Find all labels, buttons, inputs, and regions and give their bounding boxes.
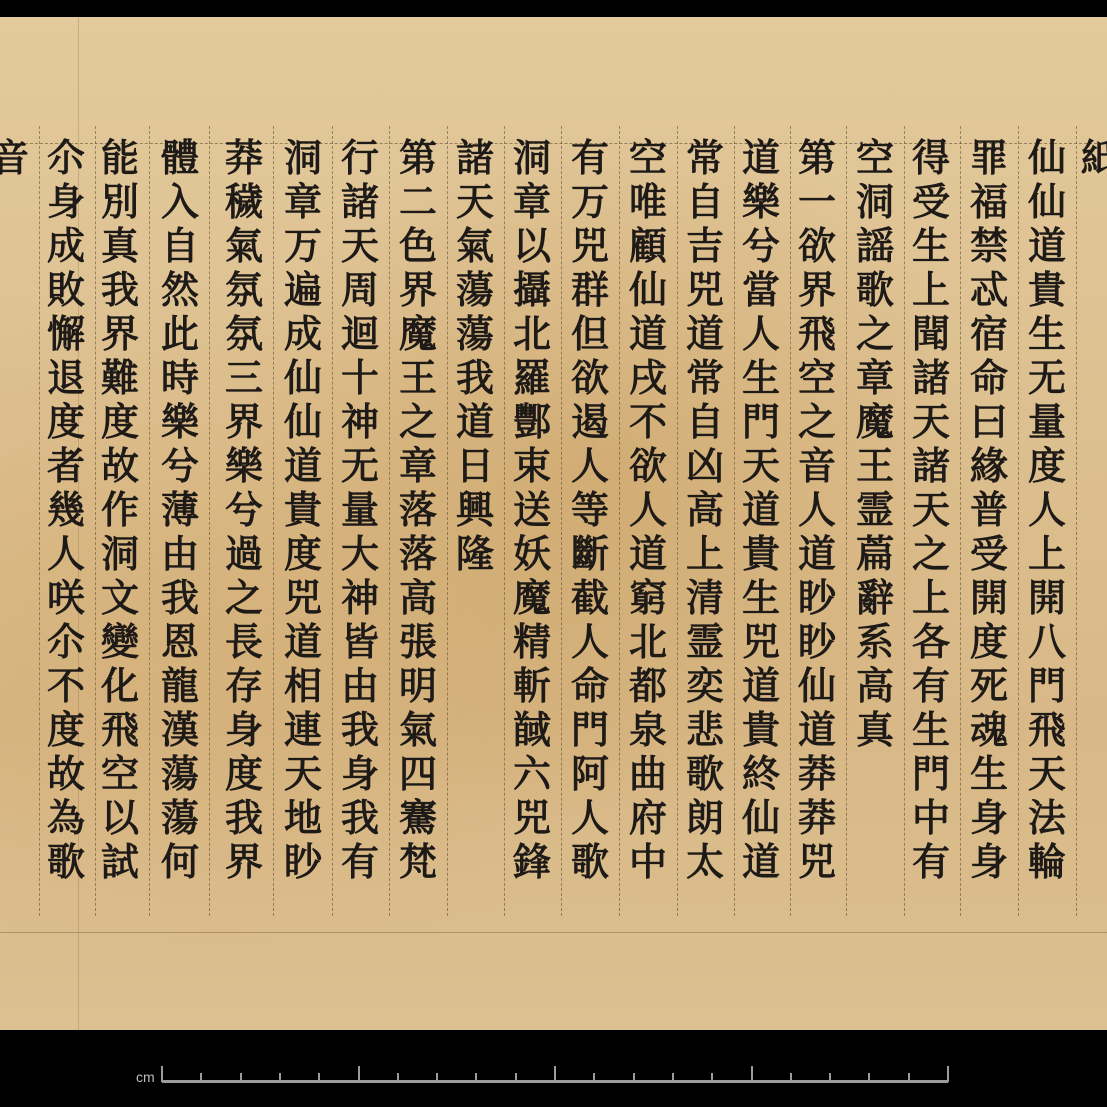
character: 此 — [151, 312, 209, 356]
character: 度 — [37, 400, 95, 444]
character: 歌 — [676, 752, 734, 796]
character: 洞 — [91, 532, 149, 576]
character: 不 — [619, 400, 677, 444]
character: 死 — [960, 664, 1018, 708]
character: 天 — [331, 224, 389, 268]
character: 化 — [91, 664, 149, 708]
character: 曰 — [960, 400, 1018, 444]
character: 者 — [37, 444, 95, 488]
character: 樂 — [151, 400, 209, 444]
character: 命 — [561, 664, 619, 708]
character: 道 — [732, 488, 790, 532]
character: 莽 — [788, 796, 846, 840]
character: 文 — [91, 576, 149, 620]
character: 地 — [274, 796, 332, 840]
character: 氛 — [215, 312, 273, 356]
character: 明 — [389, 664, 447, 708]
character: 相 — [274, 664, 332, 708]
character: 度 — [274, 532, 332, 576]
minor-tick — [829, 1073, 831, 1082]
character: 辭 — [846, 576, 904, 620]
character: 我 — [331, 796, 389, 840]
character: 各 — [902, 620, 960, 664]
character: 遍 — [274, 268, 332, 312]
character: 連 — [274, 708, 332, 752]
character: 騫 — [389, 796, 447, 840]
character: 法 — [1018, 796, 1076, 840]
character: 万 — [561, 180, 619, 224]
character: 忒 — [960, 268, 1018, 312]
character: 系 — [846, 620, 904, 664]
character: 道 — [676, 312, 734, 356]
character: 恩 — [151, 620, 209, 664]
minor-tick — [593, 1073, 595, 1082]
character: 歌 — [561, 840, 619, 884]
character: 量 — [1018, 400, 1076, 444]
character: 度 — [1018, 444, 1076, 488]
character: 兕 — [676, 268, 734, 312]
column-ruling — [39, 126, 40, 916]
character: 能 — [91, 136, 149, 180]
character: 色 — [389, 224, 447, 268]
character: 妖 — [503, 532, 561, 576]
character: 阿 — [561, 752, 619, 796]
minor-tick — [868, 1073, 870, 1082]
character: 我 — [151, 576, 209, 620]
character: 章 — [389, 444, 447, 488]
character: 音 — [788, 444, 846, 488]
text-column: 尒身成敗懈退度者幾人咲尒不度故為歌 — [37, 136, 95, 884]
character: 開 — [960, 576, 1018, 620]
character: 窮 — [619, 576, 677, 620]
column-ruling — [561, 126, 562, 916]
character: 福 — [960, 180, 1018, 224]
character: 難 — [91, 356, 149, 400]
character: 身 — [960, 840, 1018, 884]
character: 兮 — [215, 488, 273, 532]
character: 成 — [274, 312, 332, 356]
minor-tick — [397, 1073, 399, 1082]
minor-tick — [790, 1073, 792, 1082]
character: 道 — [788, 708, 846, 752]
character: 生 — [732, 576, 790, 620]
character: 眇 — [788, 620, 846, 664]
character: 馘 — [503, 708, 561, 752]
character: 氛 — [215, 268, 273, 312]
scale-bar-unit: cm — [136, 1069, 155, 1085]
character: 我 — [331, 708, 389, 752]
text-column: 有万兕群但欲遏人等斷截人命門阿人歌 — [561, 136, 619, 884]
character: 遏 — [561, 400, 619, 444]
character: 迴 — [331, 312, 389, 356]
character: 群 — [561, 268, 619, 312]
column-ruling — [1076, 126, 1077, 916]
character: 空 — [788, 356, 846, 400]
character: 戌 — [619, 356, 677, 400]
character: 常 — [676, 136, 734, 180]
character: 存 — [215, 664, 273, 708]
character: 三 — [215, 356, 273, 400]
character: 王 — [846, 444, 904, 488]
column-ruling — [389, 126, 390, 916]
character: 章 — [274, 180, 332, 224]
character: 仙 — [274, 400, 332, 444]
character: 凶 — [676, 444, 734, 488]
character: 生 — [902, 708, 960, 752]
bottom-margin-rule — [0, 932, 1107, 933]
character: 界 — [215, 840, 273, 884]
character: 興 — [446, 488, 504, 532]
column-ruling — [149, 126, 150, 916]
character: 薄 — [151, 488, 209, 532]
text-column: 仙仙道貴生无量度人上開八門飛天法輪 — [1018, 136, 1076, 884]
character: 幾 — [37, 488, 95, 532]
character: 人 — [788, 488, 846, 532]
text-column: 道樂兮當人生門天道貴生兕道貴終仙道 — [732, 136, 790, 884]
character: 氣 — [215, 224, 273, 268]
character: 唯 — [619, 180, 677, 224]
character: 普 — [960, 488, 1018, 532]
character: 門 — [902, 752, 960, 796]
text-column: 體入自然此時樂兮薄由我恩龍漢蕩蕩何 — [151, 136, 209, 884]
character: 中 — [619, 840, 677, 884]
character: 氣 — [446, 224, 504, 268]
character: 度 — [215, 752, 273, 796]
character: 北 — [503, 312, 561, 356]
character: 但 — [561, 312, 619, 356]
character: 諸 — [446, 136, 504, 180]
character: 高 — [676, 488, 734, 532]
character: 神 — [331, 576, 389, 620]
character: 常 — [676, 356, 734, 400]
column-ruling — [846, 126, 847, 916]
character: 不 — [37, 664, 95, 708]
character: 魔 — [503, 576, 561, 620]
character: 人 — [1018, 488, 1076, 532]
character: 斬 — [503, 664, 561, 708]
character: 仙 — [788, 664, 846, 708]
character: 曲 — [619, 752, 677, 796]
character: 為 — [37, 796, 95, 840]
character: 道 — [788, 532, 846, 576]
character: 朗 — [676, 796, 734, 840]
character: 貴 — [732, 532, 790, 576]
character: 自 — [676, 180, 734, 224]
character: 天 — [902, 400, 960, 444]
character: 人 — [561, 796, 619, 840]
text-column: 第二色界魔王之章落落高張明氣四騫梵 — [389, 136, 447, 884]
character: 人 — [732, 312, 790, 356]
character: 貴 — [274, 488, 332, 532]
character: 天 — [902, 488, 960, 532]
character: 蕩 — [151, 796, 209, 840]
character: 敗 — [37, 268, 95, 312]
column-ruling — [677, 126, 678, 916]
character: 都 — [619, 664, 677, 708]
character: 兕 — [561, 224, 619, 268]
character: 別 — [91, 180, 149, 224]
character: 章 — [846, 356, 904, 400]
character: 謡 — [846, 224, 904, 268]
character: 身 — [960, 796, 1018, 840]
character: 張 — [389, 620, 447, 664]
character: 退 — [37, 356, 95, 400]
character: 隆 — [446, 532, 504, 576]
character: 終 — [732, 752, 790, 796]
character: 人 — [619, 488, 677, 532]
character: 輪 — [1018, 840, 1076, 884]
character: 身 — [215, 708, 273, 752]
column-ruling — [332, 126, 333, 916]
character: 高 — [389, 576, 447, 620]
character: 道 — [1018, 224, 1076, 268]
character: 入 — [151, 180, 209, 224]
character: 截 — [561, 576, 619, 620]
character: 天 — [1018, 752, 1076, 796]
character: 道 — [732, 664, 790, 708]
character: 生 — [732, 356, 790, 400]
character: 度 — [37, 708, 95, 752]
character: 道 — [619, 532, 677, 576]
character: 變 — [91, 620, 149, 664]
character: 兕 — [788, 840, 846, 884]
character: 萹 — [846, 532, 904, 576]
major-tick — [358, 1066, 360, 1082]
character: 自 — [676, 400, 734, 444]
character: 界 — [91, 312, 149, 356]
character: 万 — [274, 224, 332, 268]
character: 尒 — [37, 136, 95, 180]
character: 北 — [619, 620, 677, 664]
character: 蕩 — [446, 312, 504, 356]
character: 罪 — [960, 136, 1018, 180]
character: 洞 — [274, 136, 332, 180]
character: 當 — [732, 268, 790, 312]
text-column: 第一欲界飛空之音人道眇眇仙道莽莽兕 — [788, 136, 846, 884]
character: 尒 — [37, 620, 95, 664]
character: 魔 — [389, 312, 447, 356]
character: 我 — [91, 268, 149, 312]
character: 貴 — [732, 708, 790, 752]
character: 道 — [446, 400, 504, 444]
character: 諸 — [902, 444, 960, 488]
character: 府 — [619, 796, 677, 840]
character: 得 — [902, 136, 960, 180]
column-ruling — [790, 126, 791, 916]
text-column: 得受生上聞諸天諸天之上各有生門中有 — [902, 136, 960, 884]
character: 故 — [91, 444, 149, 488]
character: 生 — [902, 224, 960, 268]
character: 眇 — [274, 840, 332, 884]
minor-tick — [711, 1073, 713, 1082]
text-column: 洞章万遍成仙仙道貴度兕道相連天地眇 — [274, 136, 332, 884]
character: 四 — [389, 752, 447, 796]
character: 道 — [619, 312, 677, 356]
character: 周 — [331, 268, 389, 312]
character: 真 — [91, 224, 149, 268]
character: 顧 — [619, 224, 677, 268]
character: 諸 — [902, 356, 960, 400]
character: 樂 — [215, 444, 273, 488]
character: 皆 — [331, 620, 389, 664]
character: 界 — [389, 268, 447, 312]
character: 故 — [37, 752, 95, 796]
column-ruling — [960, 126, 961, 916]
character: 宿 — [960, 312, 1018, 356]
character: 无 — [331, 444, 389, 488]
character: 欲 — [561, 356, 619, 400]
character: 上 — [902, 268, 960, 312]
character: 洞 — [846, 180, 904, 224]
character: 穢 — [215, 180, 273, 224]
character: 門 — [561, 708, 619, 752]
character: 空 — [619, 136, 677, 180]
major-tick — [947, 1066, 949, 1082]
character: 仙 — [274, 356, 332, 400]
column-ruling — [95, 126, 96, 916]
text-column: 行諸天周迴十神无量大神皆由我身我有 — [331, 136, 389, 884]
character: 由 — [331, 664, 389, 708]
character: 眇 — [788, 576, 846, 620]
character: 有 — [902, 840, 960, 884]
character: 門 — [732, 400, 790, 444]
character: 仙 — [1018, 136, 1076, 180]
character: 歌 — [37, 840, 95, 884]
character: 空 — [846, 136, 904, 180]
character: 泉 — [619, 708, 677, 752]
character: 酆 — [503, 400, 561, 444]
character: 中 — [902, 796, 960, 840]
minor-tick — [318, 1073, 320, 1082]
character: 樂 — [732, 180, 790, 224]
character: 懈 — [37, 312, 95, 356]
major-tick — [161, 1066, 163, 1082]
character: 之 — [902, 532, 960, 576]
character: 時 — [151, 356, 209, 400]
character: 界 — [788, 268, 846, 312]
character: 我 — [446, 356, 504, 400]
column-ruling — [734, 126, 735, 916]
character: 六 — [503, 752, 561, 796]
character: 欲 — [788, 224, 846, 268]
minor-tick — [436, 1073, 438, 1082]
character: 洞 — [503, 136, 561, 180]
character: 由 — [151, 532, 209, 576]
character: 空 — [91, 752, 149, 796]
character: 氣 — [389, 708, 447, 752]
character: 生 — [960, 752, 1018, 796]
character: 蕩 — [446, 268, 504, 312]
character: 一 — [788, 180, 846, 224]
character: 道 — [732, 840, 790, 884]
character: 兕 — [732, 620, 790, 664]
character: 兮 — [151, 444, 209, 488]
character: 生 — [1018, 312, 1076, 356]
character: 開 — [1018, 576, 1076, 620]
character: 无 — [1018, 356, 1076, 400]
character: 門 — [1018, 664, 1076, 708]
character: 自 — [151, 224, 209, 268]
character: 羅 — [503, 356, 561, 400]
character: 成 — [37, 224, 95, 268]
character: 緣 — [960, 444, 1018, 488]
character: 天 — [274, 752, 332, 796]
character: 兮 — [732, 224, 790, 268]
character: 之 — [846, 312, 904, 356]
character: 清 — [676, 576, 734, 620]
minor-tick — [200, 1073, 202, 1082]
character: 蕩 — [151, 752, 209, 796]
character: 仙 — [1018, 180, 1076, 224]
character: 仙 — [732, 796, 790, 840]
minor-tick — [475, 1073, 477, 1082]
minor-tick — [515, 1073, 517, 1082]
character: 神 — [331, 400, 389, 444]
character: 受 — [960, 532, 1018, 576]
text-column: 莽穢氣氛氛三界樂兮過之長存身度我界 — [215, 136, 273, 884]
character: 兕 — [503, 796, 561, 840]
character: 受 — [902, 180, 960, 224]
character: 大 — [331, 532, 389, 576]
character: 兕 — [274, 576, 332, 620]
character: 然 — [151, 268, 209, 312]
character: 漢 — [151, 708, 209, 752]
character: 音 — [0, 136, 39, 180]
character: 飛 — [788, 312, 846, 356]
character: 咲 — [37, 576, 95, 620]
column-ruling — [619, 126, 620, 916]
character: 吉 — [676, 224, 734, 268]
character: 等 — [561, 488, 619, 532]
character: 天 — [732, 444, 790, 488]
character: 道 — [732, 136, 790, 180]
character: 以 — [503, 224, 561, 268]
character: 魂 — [960, 708, 1018, 752]
text-column: 空唯顧仙道戌不欲人道窮北都泉曲府中 — [619, 136, 677, 884]
minor-tick — [279, 1073, 281, 1082]
text-column: 諸天氣蕩蕩我道日興隆 — [446, 136, 504, 576]
character: 諸 — [331, 180, 389, 224]
minor-tick — [672, 1073, 674, 1082]
character: 章 — [503, 180, 561, 224]
character: 人 — [561, 444, 619, 488]
character: 斷 — [561, 532, 619, 576]
character: 王 — [389, 356, 447, 400]
character: 太 — [676, 840, 734, 884]
character: 禁 — [960, 224, 1018, 268]
character: 真 — [846, 708, 904, 752]
column-ruling — [504, 126, 505, 916]
character: 束 — [503, 444, 561, 488]
character: 之 — [389, 400, 447, 444]
character: 過 — [215, 532, 273, 576]
character: 日 — [446, 444, 504, 488]
character: 霊 — [846, 488, 904, 532]
character: 落 — [389, 488, 447, 532]
text-column: 能別真我界難度故作洞文變化飛空以試 — [91, 136, 149, 884]
character: 第 — [788, 136, 846, 180]
character: 莽 — [788, 752, 846, 796]
column-ruling — [273, 126, 274, 916]
character: 魔 — [846, 400, 904, 444]
character: 天 — [446, 180, 504, 224]
character: 命 — [960, 356, 1018, 400]
character: 梵 — [389, 840, 447, 884]
character: 龍 — [151, 664, 209, 708]
text-column: 罪福禁忒宿命曰緣普受開度死魂生身身 — [960, 136, 1018, 884]
character: 身 — [331, 752, 389, 796]
character: 聞 — [902, 312, 960, 356]
